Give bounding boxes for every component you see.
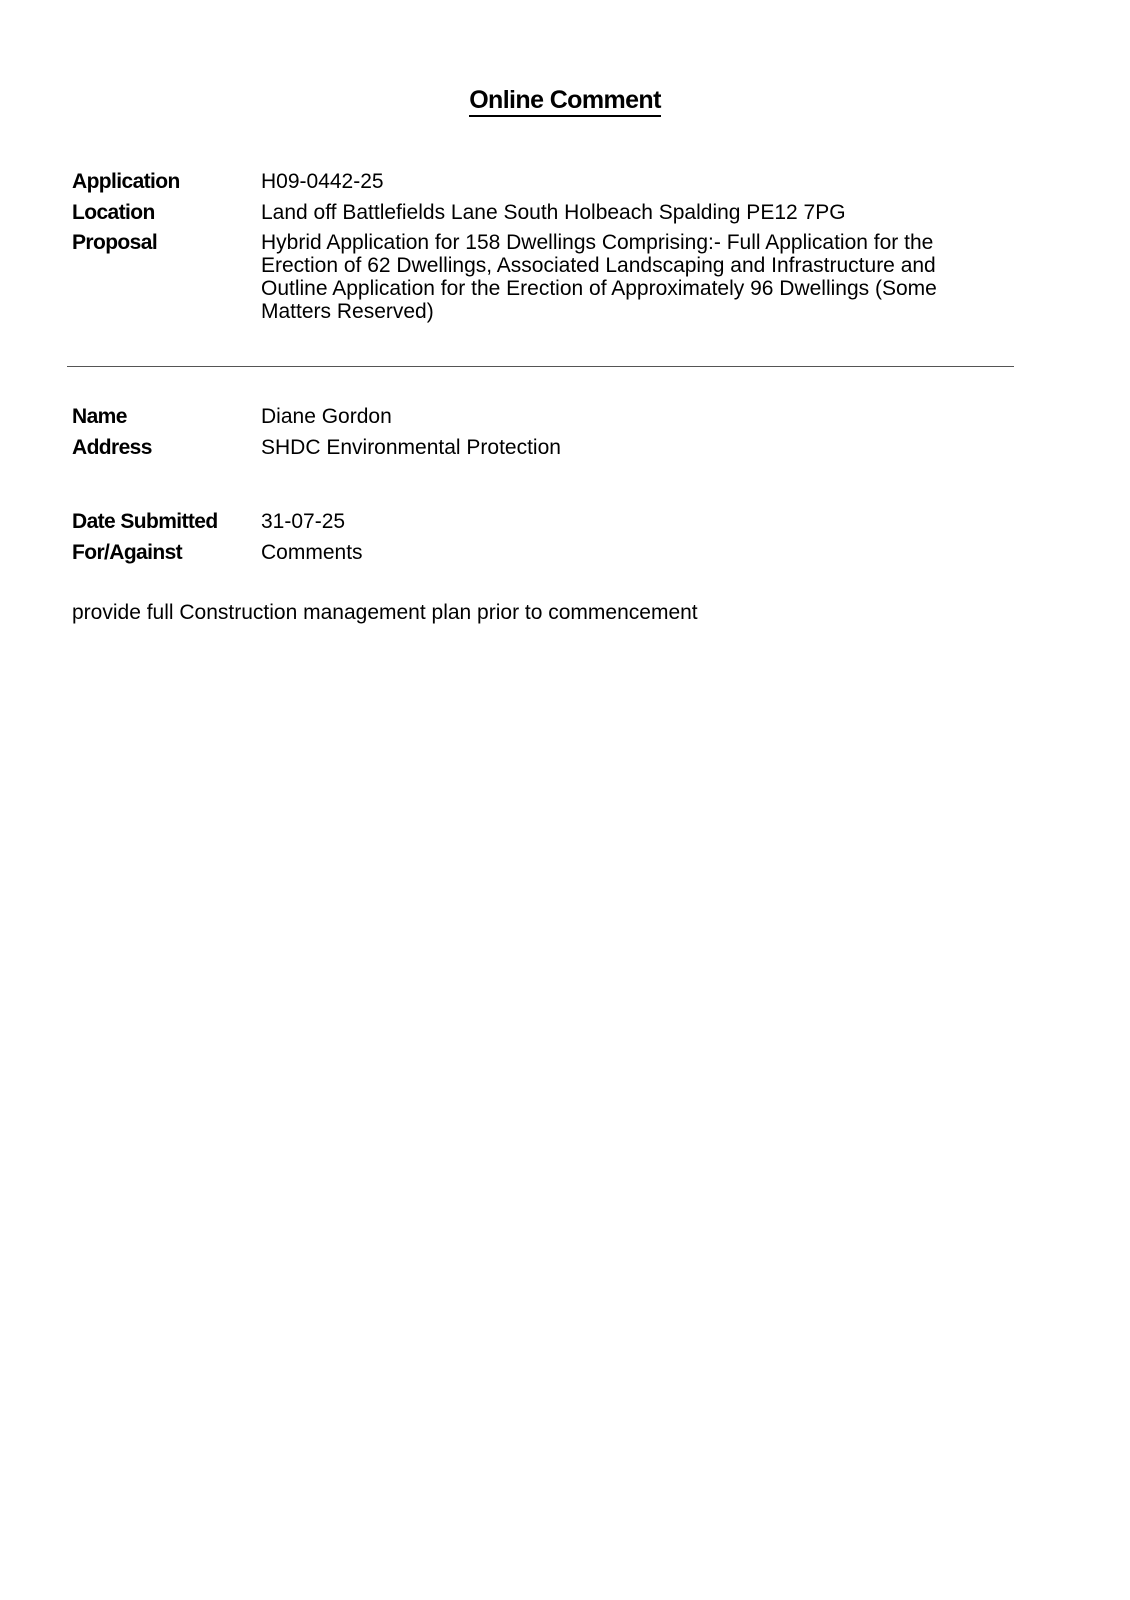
application-label: Application [72, 170, 257, 193]
comment-text: provide full Construction management pla… [72, 601, 698, 625]
name-label: Name [72, 405, 257, 428]
for-against-value: Comments [261, 541, 1001, 564]
proposal-value: Hybrid Application for 158 Dwellings Com… [261, 231, 1001, 323]
application-value: H09-0442-25 [261, 170, 1001, 193]
page-title-text: Online Comment [469, 86, 661, 117]
name-value: Diane Gordon [261, 405, 1001, 428]
date-submitted-value: 31-07-25 [261, 510, 1001, 533]
address-value: SHDC Environmental Protection [261, 436, 1001, 459]
location-label: Location [72, 201, 257, 224]
address-label: Address [72, 436, 257, 459]
for-against-label: For/Against [72, 541, 257, 564]
proposal-label: Proposal [72, 231, 257, 254]
page-title: Online Comment [0, 86, 1130, 115]
section-divider [67, 366, 1014, 367]
location-value: Land off Battlefields Lane South Holbeac… [261, 201, 1001, 224]
date-submitted-label: Date Submitted [72, 510, 257, 533]
